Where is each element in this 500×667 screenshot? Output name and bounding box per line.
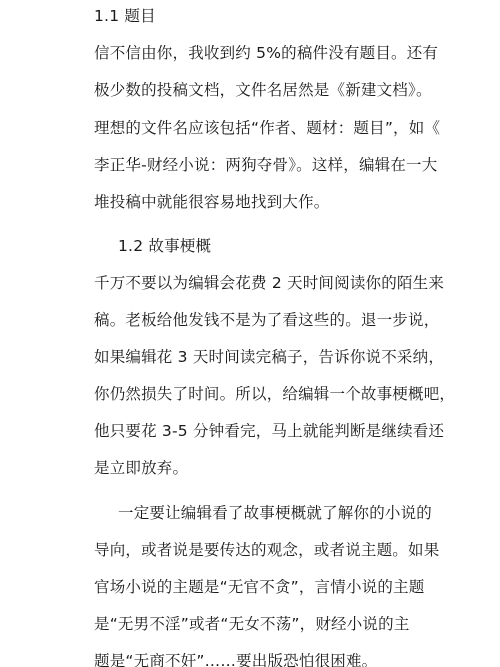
paragraph-line: 一定要让编辑看了故事梗概就了解你的小说的 [118,503,432,523]
paragraph-line: 是立即放弃。 [94,458,188,478]
paragraph-line: 题是“无商不奸”……要出版恐怕很困难。 [94,651,377,667]
paragraph-line: 堆投稿中就能很容易地找到大作。 [94,192,330,212]
section-heading-title: 1.1 题目 [94,6,156,26]
document-page: 1.1 题目 信不信由你，我收到约 5%的稿件没有题目。还有 极少数的投稿文档，… [0,0,500,667]
paragraph-line: 如果编辑花 3 天时间读完稿子，告诉你说不采纳， [94,347,444,367]
paragraph-line: 极少数的投稿文档，文件名居然是《新建文档》。 [94,80,432,100]
section-heading-synopsis: 1.2 故事梗概 [118,236,211,256]
paragraph-line: 导向，或者说是要传达的观念，或者说主题。如果 [94,540,439,560]
paragraph-line: 千万不要以为编辑会花费 2 天时间阅读你的陌生来 [94,273,444,293]
paragraph-line: 是“无男不淫”或者“无女不荡”，财经小说的主 [94,614,410,634]
paragraph-line: 理想的文件名应该包括“作者、题材：题目”，如《 [94,118,440,138]
paragraph-line: 官场小说的主题是“无官不贪”，言情小说的主题 [94,577,424,597]
paragraph-line: 你仍然损失了时间。所以，给编辑一个故事梗概吧， [94,384,455,404]
paragraph-line: 李正华-财经小说：两狗夺骨》。这样，编辑在一大 [94,155,437,175]
paragraph-line: 稿。老板给他发钱不是为了看这些的。退一步说， [94,310,439,330]
paragraph-line: 他只要花 3-5 分钟看完，马上就能判断是继续看还 [94,421,444,441]
paragraph-line: 信不信由你，我收到约 5%的稿件没有题目。还有 [94,43,438,63]
